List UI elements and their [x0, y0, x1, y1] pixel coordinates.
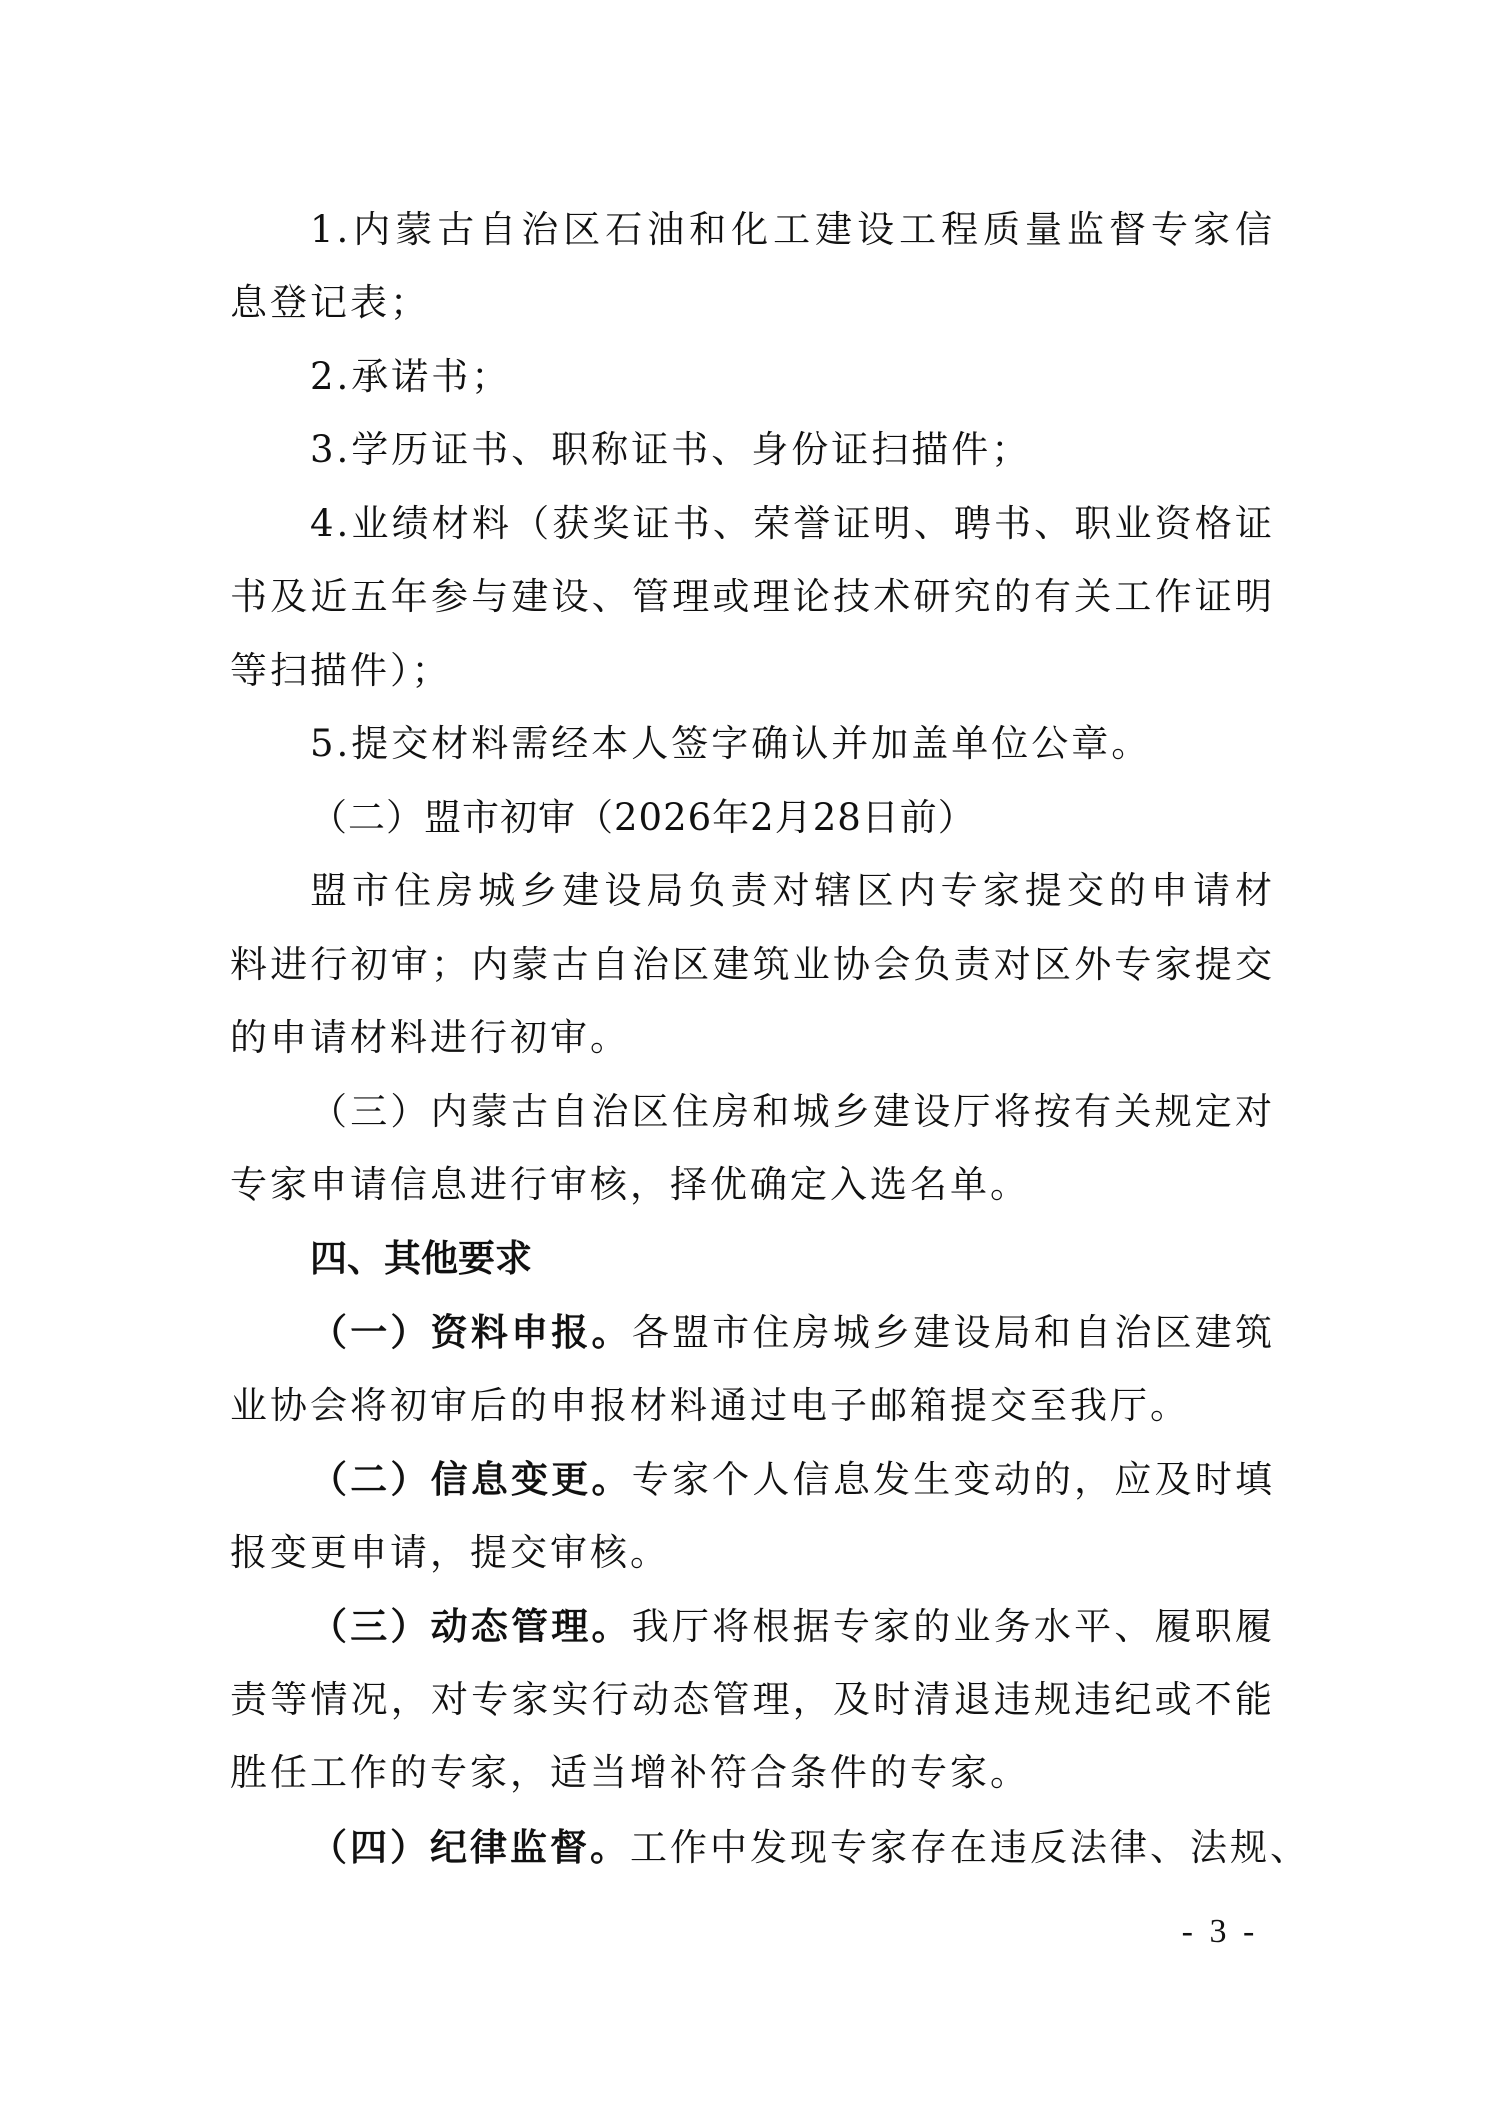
paragraph-dynamic-management-end: 胜任工作的专家，适当增补符合条件的专家。: [230, 1743, 1275, 1803]
document-page: 1.内蒙古自治区石油和化工建设工程质量监督专家信 息登记表； 2.承诺书； 3.…: [0, 0, 1488, 2104]
list-item-performance-materials-end: 等扫描件）；: [230, 641, 1275, 701]
line-text: 专家申请信息进行审核，择优确定入选名单。: [230, 1163, 1030, 1206]
line-text: 3.学历证书、职称证书、身份证扫描件；: [310, 428, 1031, 471]
line-text: 的申请材料进行初审。: [230, 1016, 630, 1059]
line-text: 等扫描件）；: [230, 649, 452, 692]
paragraph-submission-end: 业协会将初审后的申报材料通过电子邮箱提交至我厅。: [230, 1376, 1275, 1436]
line-text: 业协会将初审后的申报材料通过电子邮箱提交至我厅。: [230, 1384, 1190, 1427]
paragraph-discipline-supervision: （四）纪律监督。工作中发现专家存在违反法律、法规、: [310, 1817, 1275, 1877]
paragraph-lead-in: （二）信息变更。: [310, 1457, 632, 1501]
heading-text: 四、其他要求: [310, 1237, 532, 1280]
paragraph-final-review-end: 专家申请信息进行审核，择优确定入选名单。: [230, 1155, 1275, 1215]
line-text: （三）内蒙古自治区住房和城乡建设厅将按有关规定对: [310, 1090, 1275, 1133]
paragraph-dynamic-management: （三）动态管理。我厅将根据专家的业务水平、履职履: [310, 1596, 1275, 1656]
list-item-registration-form-cont: 息登记表；: [230, 273, 1275, 333]
line-text: 5.提交材料需经本人签字确认并加盖单位公章。: [310, 722, 1151, 765]
page-number: - 3 -: [1170, 1908, 1270, 1956]
line-text: 各盟市住房城乡建设局和自治区建筑: [632, 1311, 1275, 1354]
list-item-certificates: 3.学历证书、职称证书、身份证扫描件；: [310, 420, 1275, 480]
line-text: 料进行初审；内蒙古自治区建筑业协会负责对区外专家提交: [230, 943, 1275, 986]
line-text: （二）盟市初审（2026年2月28日前）: [310, 796, 976, 839]
section-heading-other-requirements: 四、其他要求: [310, 1229, 1275, 1289]
paragraph-info-change-end: 报变更申请，提交审核。: [230, 1523, 1275, 1583]
line-text: 专家个人信息发生变动的，应及时填: [632, 1458, 1275, 1501]
line-text: 报变更申请，提交审核。: [230, 1531, 670, 1574]
line-text: 工作中发现专家存在违反法律、法规、: [630, 1826, 1310, 1869]
line-text: 胜任工作的专家，适当增补符合条件的专家。: [230, 1751, 1030, 1794]
list-item-performance-materials: 4.业绩材料（获奖证书、荣誉证明、聘书、职业资格证: [310, 494, 1275, 554]
paragraph-lead-in: （四）纪律监督。: [310, 1825, 630, 1869]
line-text: 我厅将根据专家的业务水平、履职履: [632, 1605, 1275, 1648]
line-text: 责等情况，对专家实行动态管理，及时清退违规违纪或不能: [230, 1678, 1275, 1721]
paragraph-preliminary-review-cont: 料进行初审；内蒙古自治区建筑业协会负责对区外专家提交: [230, 935, 1275, 995]
list-item-signature-seal: 5.提交材料需经本人签字确认并加盖单位公章。: [310, 714, 1275, 774]
list-item-registration-form: 1.内蒙古自治区石油和化工建设工程质量监督专家信: [310, 200, 1275, 260]
paragraph-lead-in: （三）动态管理。: [310, 1604, 632, 1648]
paragraph-dynamic-management-cont: 责等情况，对专家实行动态管理，及时清退违规违纪或不能: [230, 1670, 1275, 1730]
line-text: 盟市住房城乡建设局负责对辖区内专家提交的申请材: [310, 869, 1275, 912]
list-item-performance-materials-cont: 书及近五年参与建设、管理或理论技术研究的有关工作证明: [230, 567, 1275, 627]
paragraph-info-change: （二）信息变更。专家个人信息发生变动的，应及时填: [310, 1449, 1275, 1509]
paragraph-preliminary-review-end: 的申请材料进行初审。: [230, 1008, 1275, 1068]
paragraph-submission: （一）资料申报。各盟市住房城乡建设局和自治区建筑: [310, 1302, 1275, 1362]
paragraph-preliminary-review: 盟市住房城乡建设局负责对辖区内专家提交的申请材: [310, 861, 1275, 921]
paragraph-lead-in: （一）资料申报。: [310, 1310, 632, 1354]
line-text: 2.承诺书；: [310, 355, 511, 398]
line-text: 息登记表；: [230, 281, 430, 324]
line-text: 书及近五年参与建设、管理或理论技术研究的有关工作证明: [230, 575, 1275, 618]
line-text: 1.内蒙古自治区石油和化工建设工程质量监督专家信: [310, 208, 1275, 251]
line-text: 4.业绩材料（获奖证书、荣誉证明、聘书、职业资格证: [310, 502, 1275, 545]
subheading-preliminary-review: （二）盟市初审（2026年2月28日前）: [310, 788, 1275, 848]
paragraph-final-review: （三）内蒙古自治区住房和城乡建设厅将按有关规定对: [310, 1082, 1275, 1142]
list-item-commitment-letter: 2.承诺书；: [310, 347, 1275, 407]
